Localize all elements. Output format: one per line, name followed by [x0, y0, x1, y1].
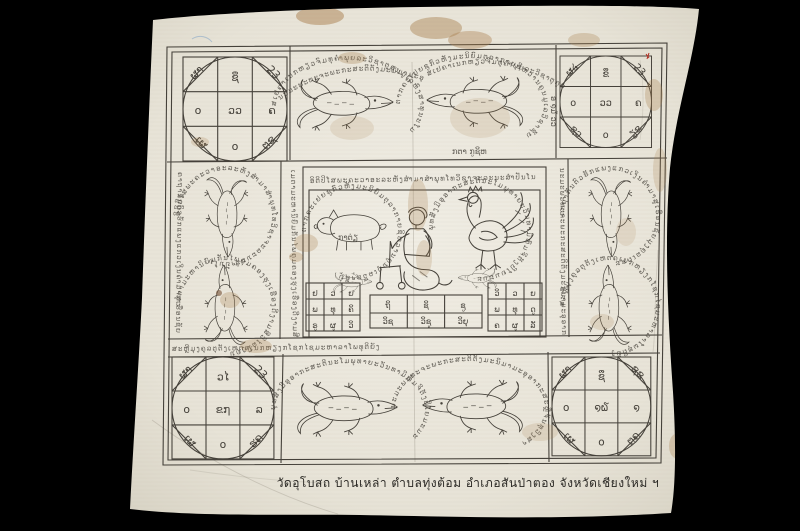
wheel-cell-glyph: ວໄ [217, 371, 229, 384]
wheel-cell-glyph: ໐ [183, 403, 190, 416]
grid-cell-glyph: ຍ [348, 289, 354, 298]
stain-mark [191, 137, 209, 147]
wheel-cell-glyph: ຂ໗ [216, 403, 231, 416]
stain-mark [294, 234, 318, 252]
wheel-cell-glyph: ໐ [220, 438, 227, 451]
grid-cell-glyph: ຍ [530, 289, 536, 298]
grid-cell-glyph: ຢ [312, 289, 318, 298]
stain-mark [645, 79, 663, 111]
stain-mark [616, 218, 636, 246]
wheel-cell-glyph: ໐ [570, 98, 576, 109]
grid-cell-glyph: ວິຊູ [421, 316, 432, 328]
grid-cell-glyph: ວິຊ [383, 316, 394, 327]
stain-mark [240, 339, 272, 353]
wheel-cell-glyph: ໐ [195, 104, 202, 117]
grid-cell-glyph: ວິ [348, 320, 353, 330]
grid-cell-glyph: ຄ [494, 321, 500, 330]
stain-mark [522, 423, 558, 441]
grid-cell-glyph: ຜູ [330, 321, 336, 331]
grid-cell-glyph: ວ [330, 289, 335, 298]
stain-mark [289, 252, 303, 262]
wheel-cell-glyph: ໑໖ [594, 402, 609, 414]
stain-mark [590, 314, 614, 330]
wheel-cell-glyph: ໐ [598, 436, 605, 448]
stain-mark [330, 116, 374, 140]
stain-mark [408, 179, 428, 231]
wheel-cell-glyph: ຄ [635, 98, 642, 109]
stain-mark [416, 240, 432, 276]
stain-mark [653, 148, 667, 192]
grid-cell-glyph: ຜູ [512, 321, 518, 331]
wheel-cell-glyph: ໐ [563, 402, 570, 414]
grid-cell-glyph: ດູ [530, 305, 535, 315]
stain-dark-spot [216, 290, 222, 296]
grid-cell-glyph: ຄິ [348, 304, 354, 314]
stain-mark [568, 33, 600, 47]
wheel-cell-glyph: ວວ [228, 104, 242, 117]
wheel-cell-glyph: ໐ [603, 130, 609, 141]
stain-mark [220, 292, 240, 308]
script-scatter-under-right-croc: ກຕາ ກູຊິຫ [452, 146, 487, 157]
grid-cell-glyph: ລັ [530, 320, 535, 330]
yantra-cloth-photo: ສເຢຄາເນກຫຽວຈົມທຸຄຳພຸຍລະວິຊາຕຸຄູນມູເລຫົງສ… [0, 0, 800, 531]
grid-cell-glyph: ວິ [494, 288, 499, 298]
wheel-cell-glyph: ຄ [268, 104, 276, 117]
wheel-cell-glyph: ວວ [600, 98, 612, 109]
caption-text: วัดอุโบสถ บ้านเหล่า ตำบลทุ่งต้อม อำเภอสั… [277, 476, 660, 491]
wheel-cell-glyph: ໑ [633, 402, 640, 414]
grid-cell-glyph: ພ [312, 305, 318, 314]
grid-cell-glyph: ວ [512, 289, 517, 298]
script-scatter-top-right-column: ອ ໑໓ ວວ [549, 96, 559, 127]
photo-stage: ສເຢຄາເນກຫຽວຈົມທຸຄຳພຸຍລະວິຊາຕຸຄູນມູເລຫົງສ… [0, 0, 800, 531]
grid-cell-glyph: ຣູ [312, 321, 318, 331]
stain-mark [450, 98, 510, 138]
pig-body-glyphs: ກາຕ່ຽ [338, 232, 358, 242]
grid-cell-glyph: ພ [494, 305, 500, 314]
wheel-cell-glyph: ໐ [232, 140, 239, 153]
stain-mark [448, 31, 492, 49]
wheel-cell-glyph: ຊຶ [231, 71, 239, 84]
wheel-cell-glyph: ຂຶ [602, 67, 609, 80]
stain-mark [338, 52, 366, 64]
grid-cell-glyph: ຖິ [385, 300, 390, 310]
wheel-bottom-left-glyphs: ຜາ ວໄ 23 ໐ ຂ໗ ລ ເຜ ໐ ຮຄ [176, 363, 270, 452]
wheel-cell-glyph: ຊຶ [598, 370, 606, 383]
wheel-cell-glyph: ລ [256, 403, 263, 416]
grid-cell-glyph: ຊິ [423, 300, 429, 311]
